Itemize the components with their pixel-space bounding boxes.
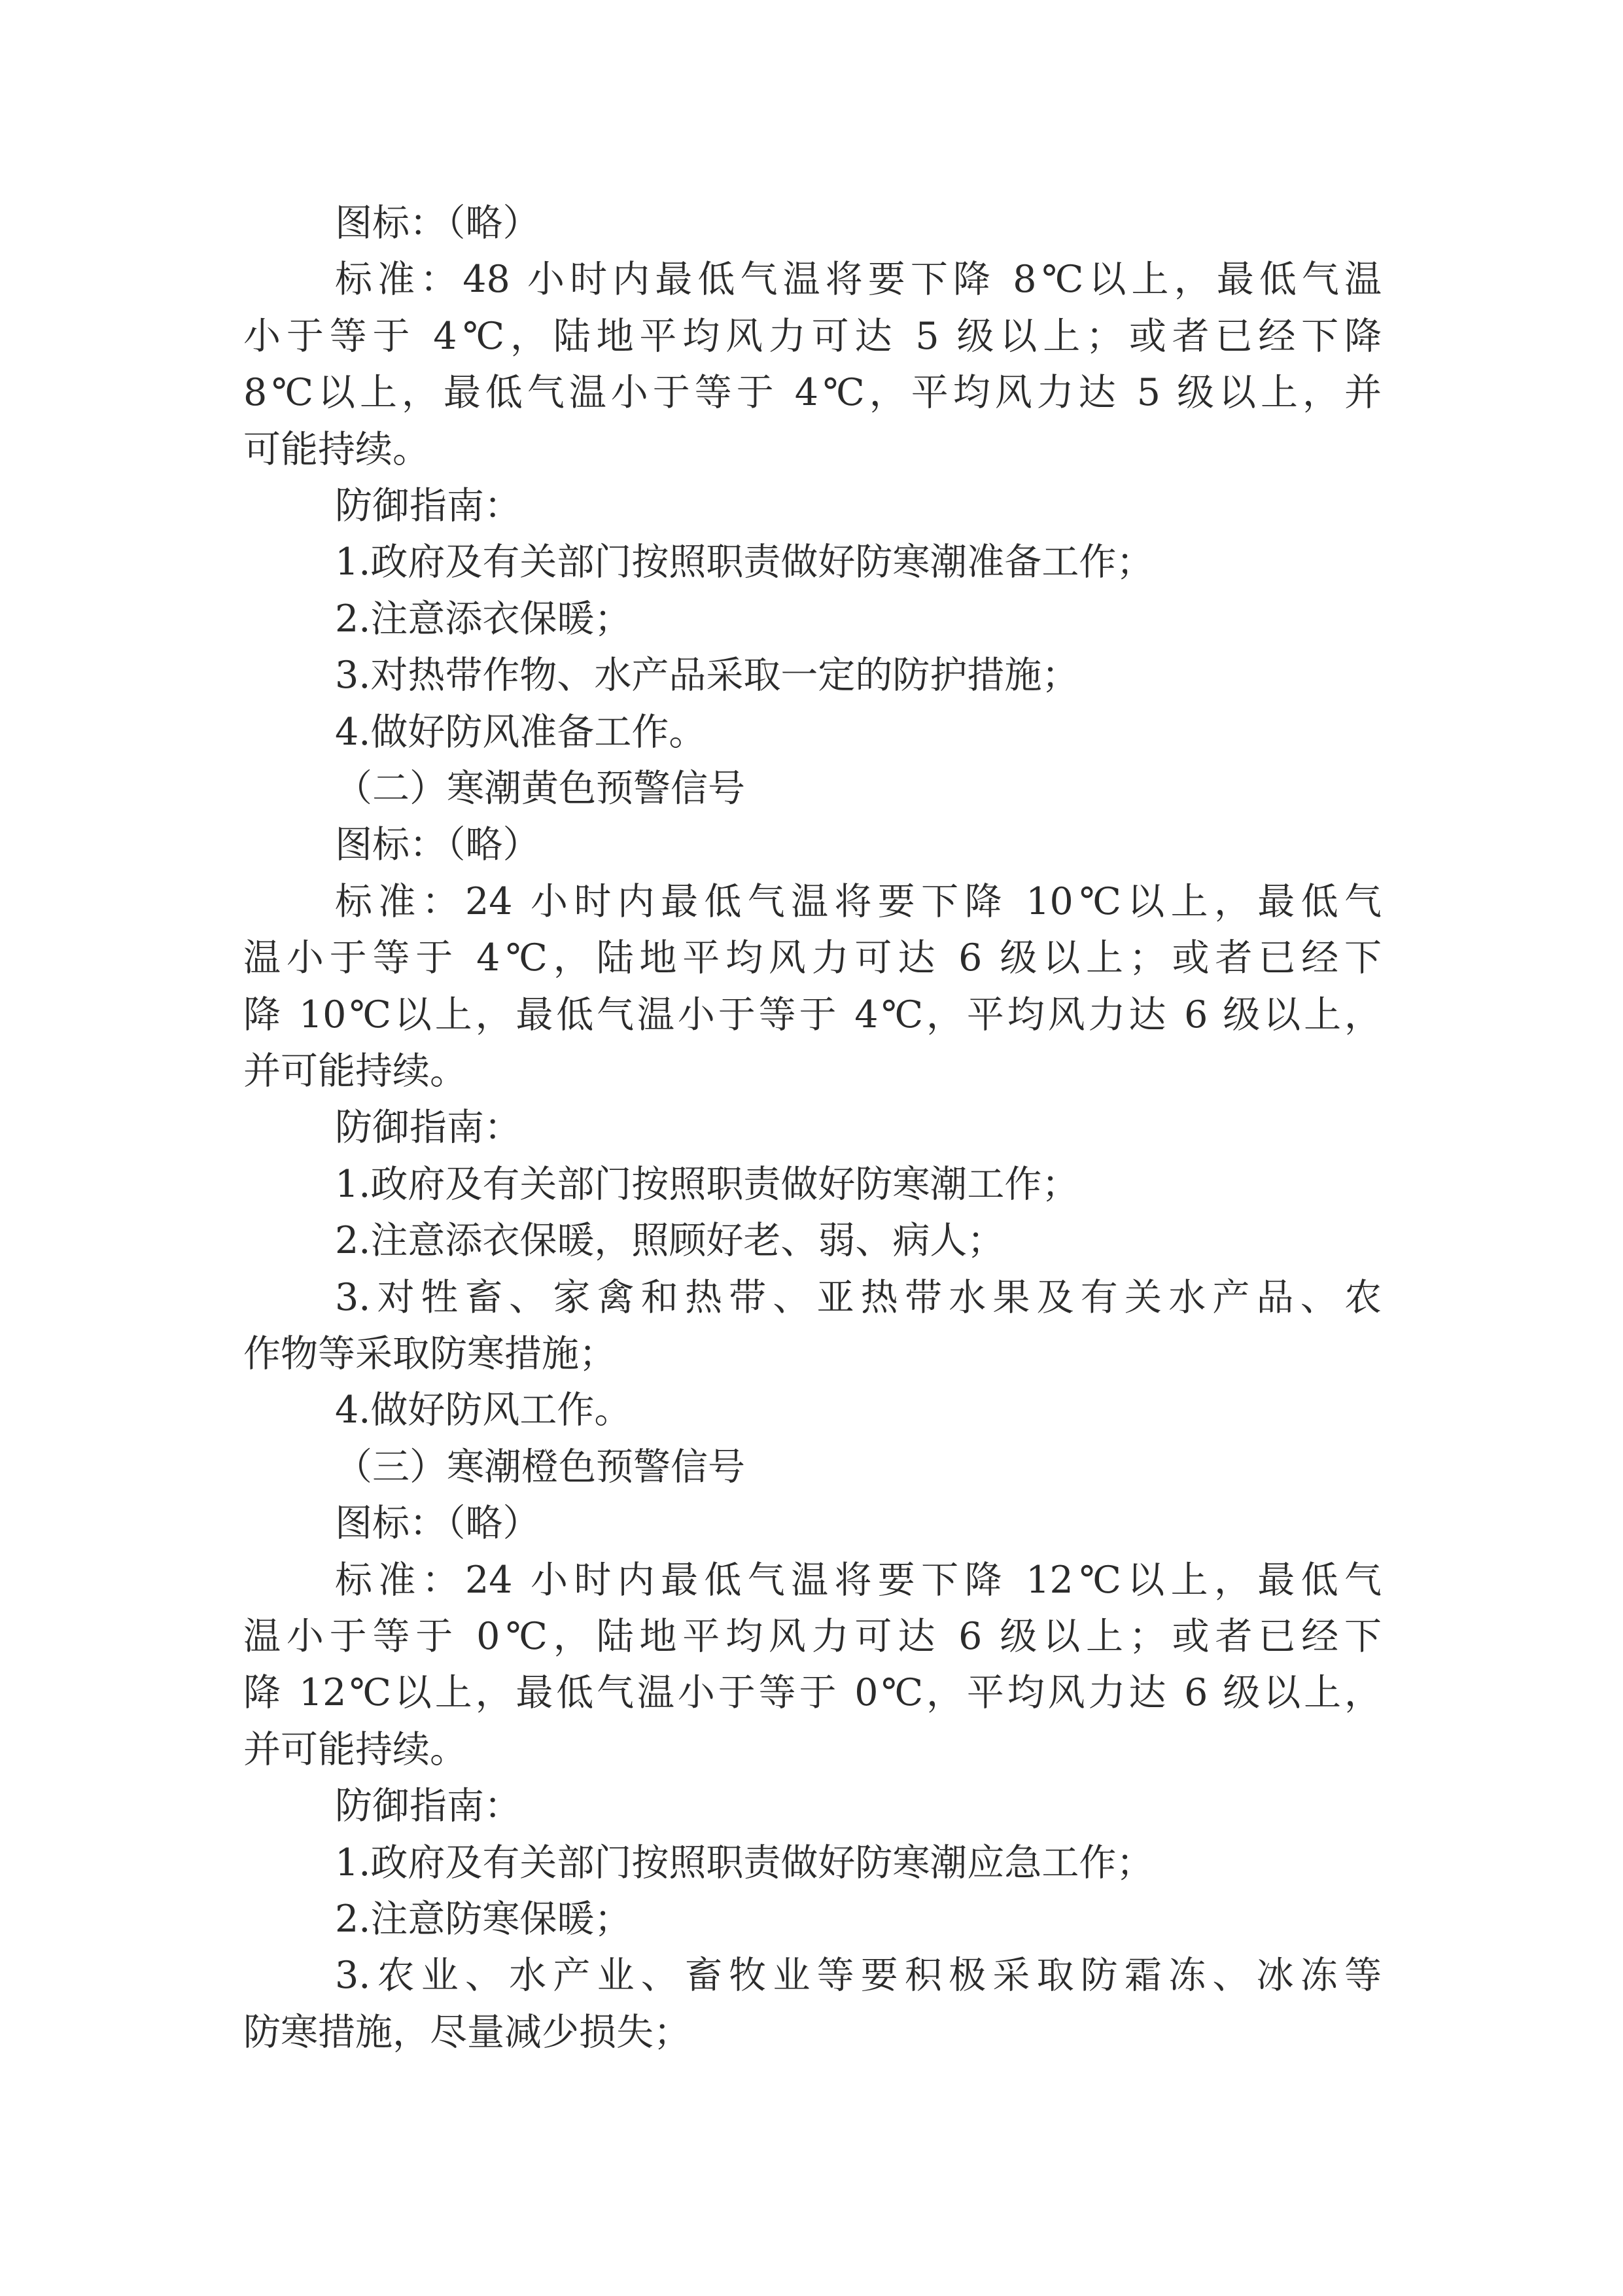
- text-line: 图标：（略）: [335, 1502, 1382, 1558]
- document-page: 图标：（略）标准：48 小时内最低气温将要下降 8℃以上，最低气温小于等于 4℃…: [0, 0, 1623, 2296]
- text-line: 1.政府及有关部门按照职责做好防寒潮工作；: [335, 1163, 1382, 1219]
- text-line: 3.对热带作物、水产品采取一定的防护措施；: [335, 654, 1382, 710]
- text-line: 1.政府及有关部门按照职责做好防寒潮应急工作；: [335, 1841, 1382, 1898]
- text-line: 防寒措施，尽量减少损失；: [243, 2011, 1382, 2067]
- text-line: 2.注意防寒保暖；: [335, 1898, 1382, 1954]
- text-line: 标准：24 小时内最低气温将要下降 12℃以上，最低气: [335, 1559, 1382, 1615]
- text-line: 防御指南：: [335, 484, 1382, 540]
- text-line: 3.农业、水产业、畜牧业等要积极采取防霜冻、冰冻等: [335, 1954, 1382, 2010]
- text-line: 温小于等于 4℃，陆地平均风力可达 6 级以上；或者已经下: [243, 936, 1382, 993]
- text-line: 温小于等于 0℃，陆地平均风力可达 6 级以上；或者已经下: [243, 1615, 1382, 1671]
- text-line: 8℃以上，最低气温小于等于 4℃，平均风力达 5 级以上，并: [243, 371, 1382, 427]
- text-line: 3.对牲畜、家禽和热带、亚热带水果及有关水产品、农: [335, 1276, 1382, 1332]
- text-line: 并可能持续。: [243, 1050, 1382, 1106]
- section-heading: （三）寒潮橙色预警信号: [335, 1445, 1382, 1502]
- text-line: 4.做好防风准备工作。: [335, 711, 1382, 767]
- text-line: 降 12℃以上，最低气温小于等于 0℃，平均风力达 6 级以上，: [243, 1671, 1382, 1727]
- text-line: 防御指南：: [335, 1784, 1382, 1841]
- text-line: 并可能持续。: [243, 1728, 1382, 1784]
- text-line: 4.做好防风工作。: [335, 1388, 1382, 1445]
- text-line: 可能持续。: [243, 428, 1382, 484]
- text-line: 图标：（略）: [335, 823, 1382, 879]
- text-line: 标准：24 小时内最低气温将要下降 10℃以上，最低气: [335, 880, 1382, 936]
- text-line: 降 10℃以上，最低气温小于等于 4℃，平均风力达 6 级以上，: [243, 993, 1382, 1050]
- text-line: 防御指南：: [335, 1106, 1382, 1162]
- text-line: 2.注意添衣保暖；: [335, 597, 1382, 654]
- text-line: 2.注意添衣保暖，照顾好老、弱、病人；: [335, 1219, 1382, 1275]
- text-line: 图标：（略）: [335, 202, 1382, 258]
- text-line: 标准：48 小时内最低气温将要下降 8℃以上，最低气温: [335, 258, 1382, 314]
- text-line: 1.政府及有关部门按照职责做好防寒潮准备工作；: [335, 540, 1382, 597]
- section-heading: （二）寒潮黄色预警信号: [335, 767, 1382, 823]
- text-line: 作物等采取防寒措施；: [243, 1332, 1382, 1388]
- text-line: 小于等于 4℃，陆地平均风力可达 5 级以上；或者已经下降: [243, 315, 1382, 371]
